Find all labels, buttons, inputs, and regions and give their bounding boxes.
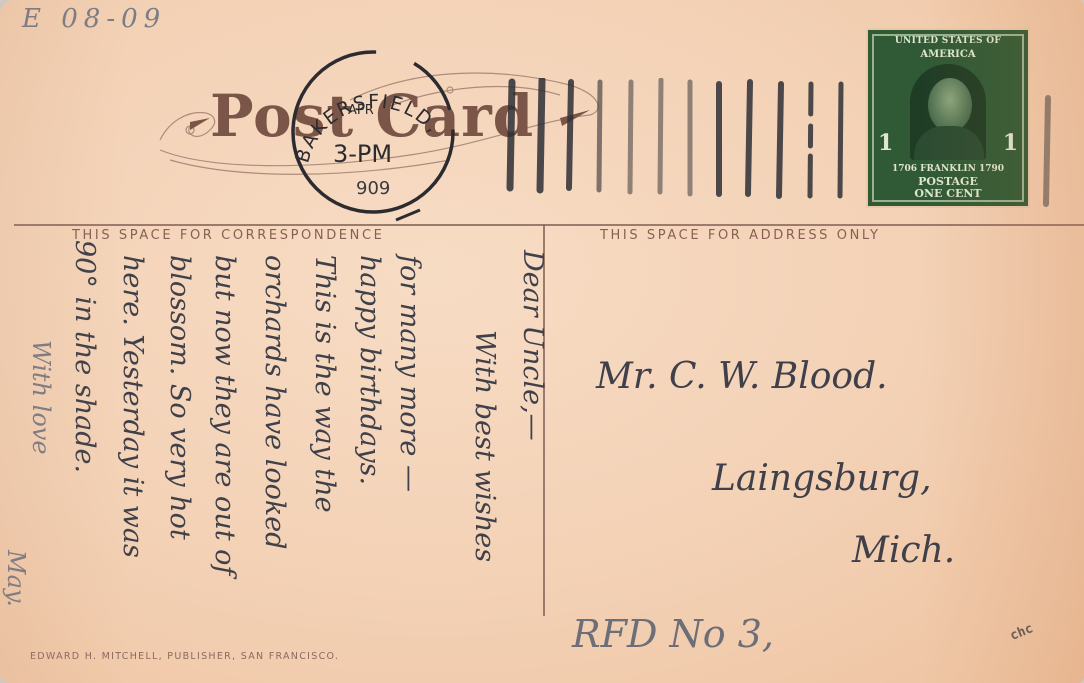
- postmark-time: 3-PM: [333, 140, 392, 168]
- correspondence-label: THIS SPACE FOR CORRESPONDENCE: [72, 228, 384, 243]
- message-line: blossom. So very hot: [164, 255, 195, 540]
- message-signature: May.: [2, 550, 30, 607]
- stamp-country-line: UNITED STATES OF: [868, 36, 1028, 46]
- message-line: but now they are out of: [209, 255, 240, 575]
- message-closing: With love: [27, 340, 55, 455]
- postmark-month: APR: [348, 103, 374, 118]
- postmark-icon: BAKERSFIELD, CAL. APR 3-PM 909: [278, 44, 468, 224]
- address-city: Laingsburg,: [712, 458, 932, 499]
- message-line: for many more —: [394, 255, 425, 492]
- stamp-name: 1706 FRANKLIN 1790: [868, 164, 1028, 174]
- message-line: This is the way the: [309, 255, 340, 513]
- stamp-one-cent-label: ONE CENT: [868, 188, 1028, 200]
- stamp-value: POSTAGE ONE CENT: [868, 176, 1028, 200]
- address-rfd: RFD No 3,: [572, 612, 774, 656]
- message-line: happy birthdays.: [354, 255, 385, 485]
- stamp-denomination-left: 1: [878, 130, 893, 156]
- stamp-country: AMERICA: [868, 49, 1028, 60]
- postage-stamp: UNITED STATES OF AMERICA 1 1 1706 FRANKL…: [868, 30, 1028, 206]
- postcard-back: E 08-09 Post Card BAKERSFIELD, CAL. APR: [0, 0, 1084, 683]
- message-line: here. Yesterday it was: [117, 255, 148, 558]
- publisher-imprint: EDWARD H. MITCHELL, PUBLISHER, SAN FRANC…: [30, 651, 339, 662]
- stamp-denomination-right: 1: [1003, 130, 1018, 156]
- message-line: 90° in the shade.: [69, 240, 100, 473]
- address-label: THIS SPACE FOR ADDRESS ONLY: [600, 228, 881, 243]
- divider-horizontal: [14, 224, 1084, 226]
- address-state: Mich.: [852, 530, 955, 571]
- message-line: orchards have looked: [259, 255, 290, 549]
- archive-note: E 08-09: [22, 4, 166, 34]
- postmark-year: 909: [356, 178, 390, 199]
- franklin-portrait-icon: [910, 64, 986, 160]
- dealer-mark: chc: [1008, 621, 1035, 644]
- message-line: With best wishes: [469, 330, 500, 562]
- address-name: Mr. C. W. Blood.: [596, 356, 888, 397]
- message-line: Dear Uncle,—: [517, 250, 548, 441]
